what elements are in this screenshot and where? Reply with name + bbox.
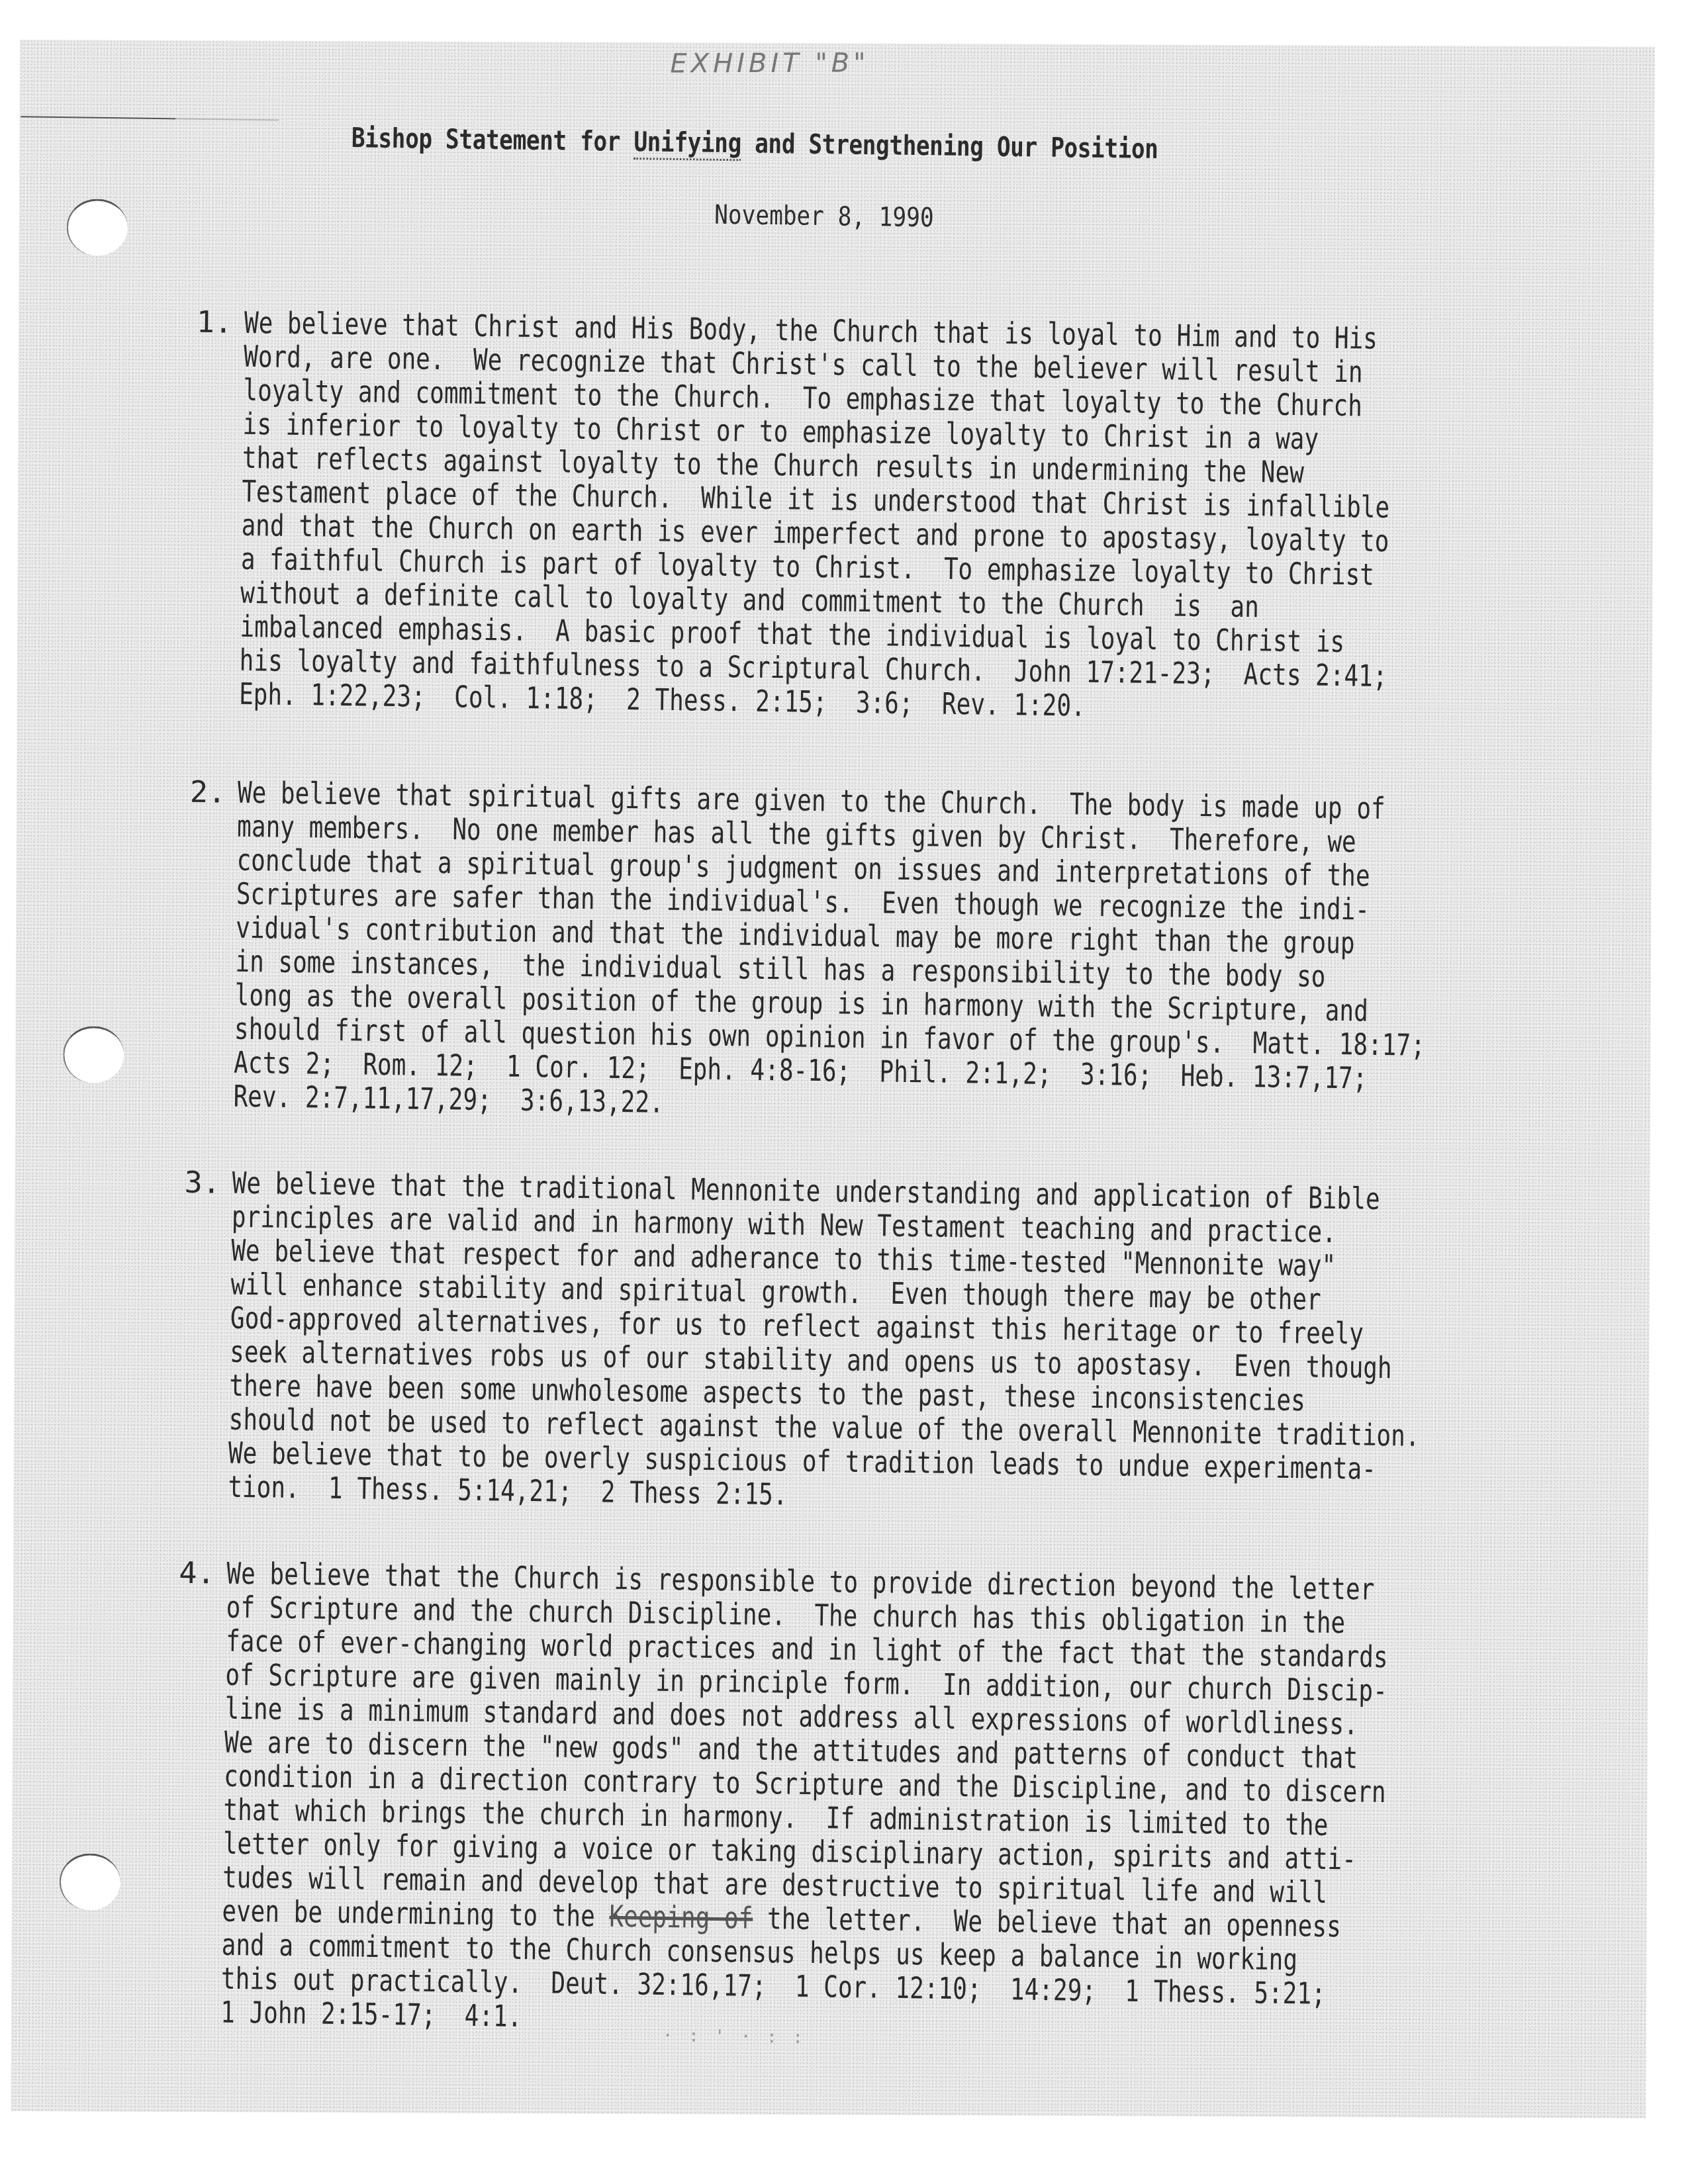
item-text: We believe that the traditional Mennonit… [228,1166,1423,1520]
item-number: 4. [179,1556,226,1590]
item-number: 3. [184,1165,231,1200]
margin-rule-mark [21,116,279,120]
statement-item-1: 1. We believe that Christ and His Body, … [197,305,1521,324]
handwritten-exhibit-label: EXHIBIT "B" [670,48,869,79]
statement-item-2: 2. We believe that spiritual gifts are g… [190,775,1514,794]
scanned-page: EXHIBIT "B" Bishop Statement for Unifyin… [11,40,1655,2118]
statement-item-3: 3. We believe that the traditional Menno… [185,1165,1509,1184]
item-text: We believe that Christ and His Body, the… [239,306,1392,727]
title-part-before: Bishop Statement for [352,122,634,158]
title-part-after: and Strengthening Our Position [741,127,1158,165]
item-number: 2. [190,775,237,809]
scan-bleed-through-marks: · ꞉ ' · ꞉ ꞉ [663,2026,806,2048]
statement-item-4: 4. We believe that the Church is respons… [179,1556,1503,1574]
item-text: We believe that spiritual gifts are give… [233,776,1429,1130]
item-number: 1. [197,305,244,340]
struck-out-text: Keeping of [609,1899,753,1936]
document-date: November 8, 1990 [714,200,934,234]
document-title: Bishop Statement for Unifying and Streng… [352,122,1158,165]
page-content: EXHIBIT "B" Bishop Statement for Unifyin… [0,38,1657,2132]
item-text: We believe that the Church is responsibl… [220,1557,1389,2045]
title-part-underlined: Unifying [633,126,741,161]
